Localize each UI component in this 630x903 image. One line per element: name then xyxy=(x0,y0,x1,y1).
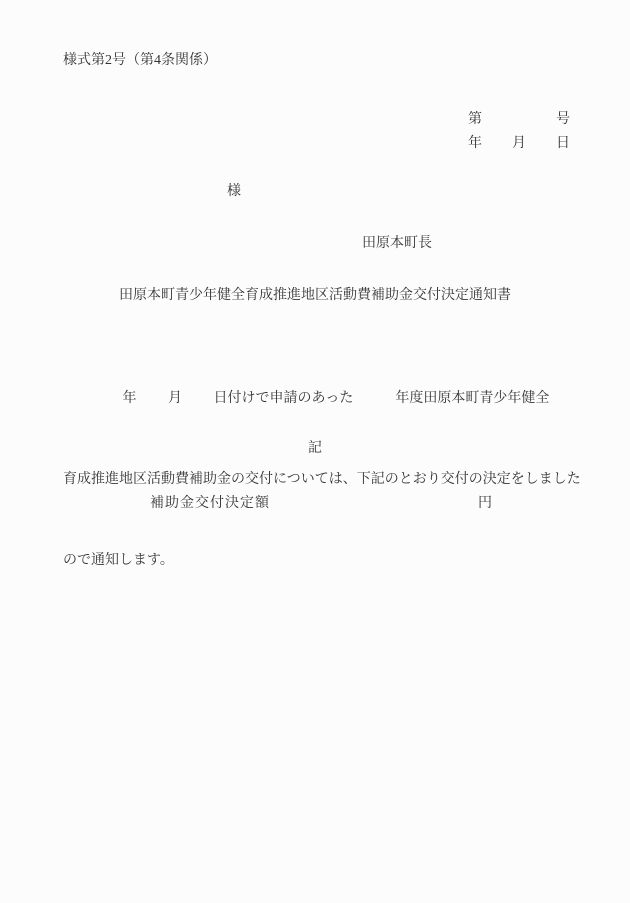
date-line: 年 月 日 xyxy=(468,132,570,152)
date-month-label: 月 xyxy=(512,132,526,152)
sender-name: 田原本町長 xyxy=(362,232,432,252)
notice-heading: 記 xyxy=(0,437,630,457)
date-year-label: 年 xyxy=(468,132,482,152)
document-page: 様式第2号（第4条関係） 第 号 年 月 日 様 田原本町長 田原本町青少年健全… xyxy=(0,0,630,903)
document-title: 田原本町青少年健全育成推進地区活動費補助金交付決定通知書 xyxy=(0,284,630,304)
body-line-2: 育成推進地区活動費補助金の交付については、下記のとおり交付の決定をしました xyxy=(63,466,587,493)
document-number-line: 第 号 xyxy=(468,108,570,128)
body-paragraph: 年 月 日付けで申請のあった 年度田原本町青少年健全 育成推進地区活動費補助金の… xyxy=(63,331,587,628)
body-line-1: 年 月 日付けで申請のあった 年度田原本町青少年健全 xyxy=(63,385,587,412)
date-day-label: 日 xyxy=(556,132,570,152)
grant-amount-unit: 円 xyxy=(478,492,492,512)
document-number-prefix: 第 xyxy=(468,108,482,128)
grant-amount-label: 補助金交付決定額 xyxy=(150,492,270,512)
addressee-honorific: 様 xyxy=(227,180,241,200)
body-line-3: ので通知します。 xyxy=(63,547,587,574)
document-number-suffix: 号 xyxy=(556,108,570,128)
form-number: 様式第2号（第4条関係） xyxy=(63,49,217,69)
